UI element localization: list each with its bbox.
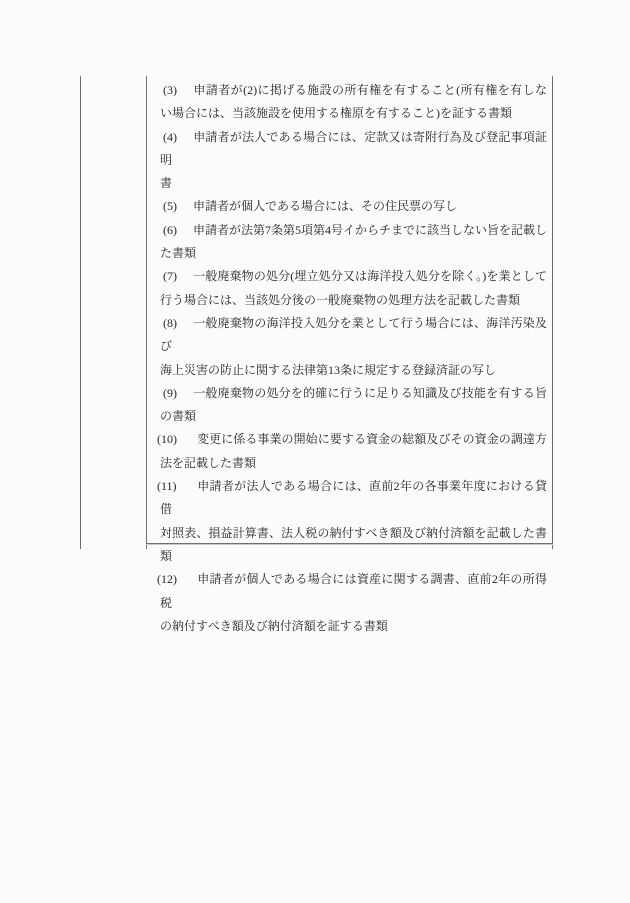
item-first-line: (6)申請者が法第7条第5項第4号イからチまでに該当しない旨を記載し — [147, 219, 547, 242]
item-text: 申請者が法第7条第5項第4号イからチまでに該当しない旨を記載し — [193, 223, 547, 237]
item-number: (4) — [163, 126, 193, 149]
item-continuation-line: 行う場合には、当該処分後の一般廃棄物の処理方法を記載した書類 — [147, 289, 547, 312]
item-text: 一般廃棄物の処分(埋立処分又は海洋投入処分を除く。)を業として — [193, 269, 547, 283]
item-text: 一般廃棄物の海洋投入処分を業として行う場合には、海洋汚染及び — [160, 316, 547, 353]
item-number: (9) — [163, 382, 193, 405]
item-continuation-line: た書類 — [147, 242, 547, 265]
item-text: 申請者が法人である場合には、定款又は寄附行為及び登記事項証明 — [160, 130, 547, 167]
item-first-line: (3)申請者が(2)に掲げる施設の所有権を有すること(所有権を有しな — [147, 79, 547, 102]
item-first-line: (10)変更に係る事業の開始に要する資金の総額及びその資金の調達方 — [147, 428, 547, 451]
item-first-line: (9)一般廃棄物の処分を的確に行うに足りる知識及び技能を有する旨 — [147, 382, 547, 405]
item-continuation-line: の書類 — [147, 405, 547, 428]
item-number: (6) — [163, 219, 193, 242]
item-continuation-line: 法を記載した書類 — [147, 452, 547, 475]
item-text: 申請者が法人である場合には、直前2年の各事業年度における貸借 — [160, 479, 547, 516]
item-text: 申請者が個人である場合には資産に関する調書、直前2年の所得税 — [160, 572, 547, 609]
item-text: 変更に係る事業の開始に要する資金の総額及びその資金の調達方 — [197, 432, 547, 446]
item-continuation-line: 対照表、損益計算書、法人税の納付すべき額及び納付済額を記載した書 — [147, 522, 547, 545]
item-first-line: (11)申請者が法人である場合には、直前2年の各事業年度における貸借 — [147, 475, 547, 522]
list-item: (4)申請者が法人である場合には、定款又は寄附行為及び登記事項証明書 — [147, 126, 547, 196]
item-continuation-line: 海上災害の防止に関する法律第13条に規定する登録済証の写し — [147, 359, 547, 382]
scanned-document-page: (3)申請者が(2)に掲げる施設の所有権を有すること(所有権を有しない場合には、… — [0, 0, 630, 903]
list-item: (3)申請者が(2)に掲げる施設の所有権を有すること(所有権を有しない場合には、… — [147, 79, 547, 126]
item-number: (5) — [163, 195, 193, 218]
item-continuation-line: の納付すべき額及び納付済額を証する書類 — [147, 615, 547, 638]
list-item: (5)申請者が個人である場合には、その住民票の写し — [147, 195, 547, 218]
item-first-line: (7)一般廃棄物の処分(埋立処分又は海洋投入処分を除く。)を業として — [147, 265, 547, 288]
list-item: (10)変更に係る事業の開始に要する資金の総額及びその資金の調達方法を記載した書… — [147, 428, 547, 475]
item-number: (10) — [157, 428, 197, 451]
table-cell-right-border — [552, 76, 553, 549]
item-number: (7) — [163, 265, 193, 288]
item-continuation-line: 書 — [147, 172, 547, 195]
item-text: 申請者が(2)に掲げる施設の所有権を有すること(所有権を有しな — [193, 83, 547, 97]
item-continuation-line: い場合には、当該施設を使用する権原を有すること)を証する書類 — [147, 102, 547, 125]
list-item: (6)申請者が法第7条第5項第4号イからチまでに該当しない旨を記載した書類 — [147, 219, 547, 266]
item-text: 一般廃棄物の処分を的確に行うに足りる知識及び技能を有する旨 — [193, 386, 547, 400]
list-item: (9)一般廃棄物の処分を的確に行うに足りる知識及び技能を有する旨の書類 — [147, 382, 547, 429]
item-first-line: (5)申請者が個人である場合には、その住民票の写し — [147, 195, 547, 218]
table-column-divider — [80, 76, 81, 549]
item-first-line: (12)申請者が個人である場合には資産に関する調書、直前2年の所得税 — [147, 568, 547, 615]
item-first-line: (4)申請者が法人である場合には、定款又は寄附行為及び登記事項証明 — [147, 126, 547, 173]
item-number: (11) — [157, 475, 197, 498]
list-item: (7)一般廃棄物の処分(埋立処分又は海洋投入処分を除く。)を業として行う場合には… — [147, 265, 547, 312]
item-number: (3) — [163, 79, 193, 102]
item-number: (8) — [163, 312, 193, 335]
document-items: (3)申請者が(2)に掲げる施設の所有権を有すること(所有権を有しない場合には、… — [147, 79, 547, 638]
item-continuation-line: 類 — [147, 545, 547, 568]
list-item: (8)一般廃棄物の海洋投入処分を業として行う場合には、海洋汚染及び海上災害の防止… — [147, 312, 547, 382]
item-text: 申請者が個人である場合には、その住民票の写し — [193, 199, 457, 213]
item-number: (12) — [157, 568, 197, 591]
item-first-line: (8)一般廃棄物の海洋投入処分を業として行う場合には、海洋汚染及び — [147, 312, 547, 359]
list-item: (11)申請者が法人である場合には、直前2年の各事業年度における貸借対照表、損益… — [147, 475, 547, 568]
list-item: (12)申請者が個人である場合には資産に関する調書、直前2年の所得税の納付すべき… — [147, 568, 547, 638]
